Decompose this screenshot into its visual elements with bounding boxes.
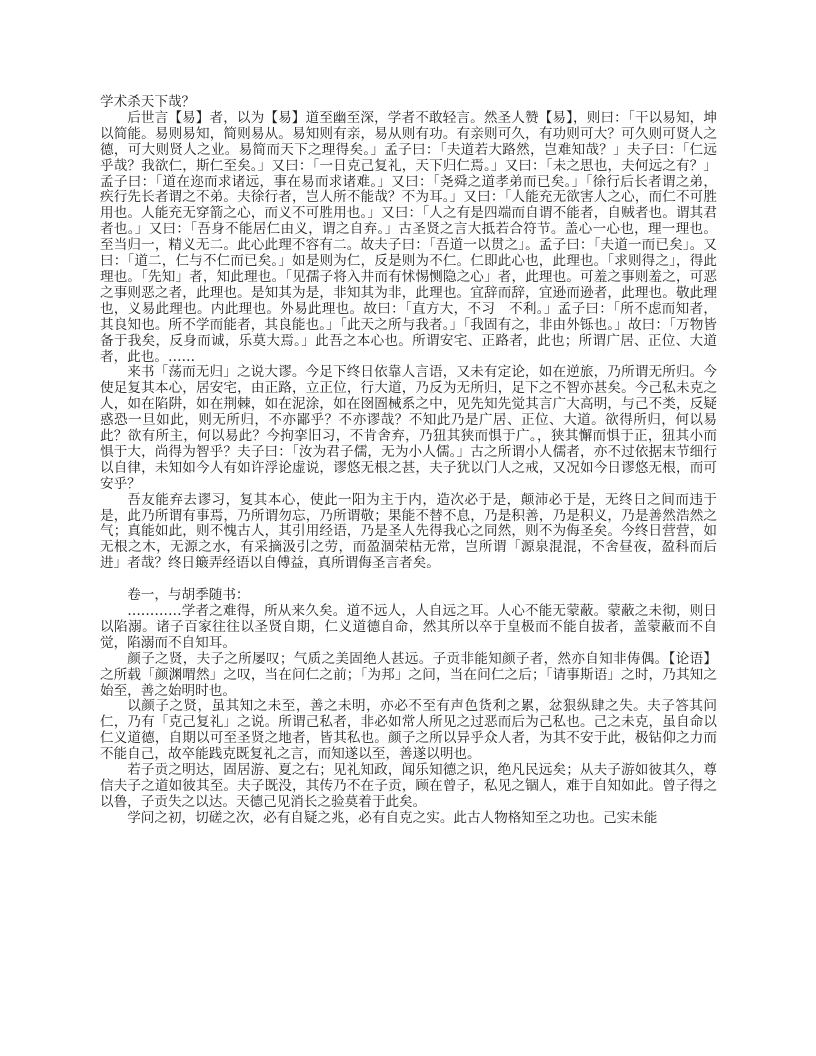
paragraph-yanzi-keji-fuli: 以颜子之贤，虽其知之未至，善之未明，亦必不至有声色货利之累，忿狠纵肆之失。夫子答… bbox=[100, 699, 717, 763]
paragraph-scholars-difficulty: …………学者之难得，所从来久矣。道不远人，人自远之耳。人心不能无蒙蔽。蒙蔽之未彻… bbox=[100, 604, 717, 652]
paragraph-zigong-mingda: 若子贡之明达，固居游、夏之右；见礼知政，闻乐知德之识，绝凡民远矣；从夫子游如彼其… bbox=[100, 763, 717, 811]
document-text-block: 学术杀天下哉？ 后世言【易】者，以为【易】道至幽至深，学者不敢轻言。然圣人赞【易… bbox=[100, 95, 717, 827]
document-page: 学术杀天下哉？ 后世言【易】者，以为【易】道至幽至深，学者不敢轻言。然圣人赞【易… bbox=[0, 0, 816, 1056]
document-title: 学术杀天下哉？ bbox=[100, 95, 717, 111]
paragraph-yanzi-virtue: 颜子之贤，夫子之所屡叹；气质之美固绝人甚远。子贡非能知颜子者，然亦自知非俦偶。【… bbox=[100, 652, 717, 700]
paragraph-wuyou-exhortation: 吾友能弃去谬习，复其本心，使此一阳为主于内，造次必于是，颠沛必于是，无终日之间而… bbox=[100, 493, 717, 573]
section-heading-juan-one: 卷一，与胡季随书： bbox=[100, 588, 717, 604]
paragraph-xuewen-zhichu: 学问之初，切磋之次，必有自疑之兆，必有自克之实。此古人物格知至之功也。己实未能 bbox=[100, 811, 717, 827]
paragraph-yi-classic-discussion: 后世言【易】者，以为【易】道至幽至深，学者不敢轻言。然圣人赞【易】，则曰：「干以… bbox=[100, 111, 717, 366]
paragraph-laishu-reply: 来书「荡而无归」之说大谬。今足下终日依靠人言语，又未有定论，如在逆旅，乃所谓无所… bbox=[100, 365, 717, 492]
